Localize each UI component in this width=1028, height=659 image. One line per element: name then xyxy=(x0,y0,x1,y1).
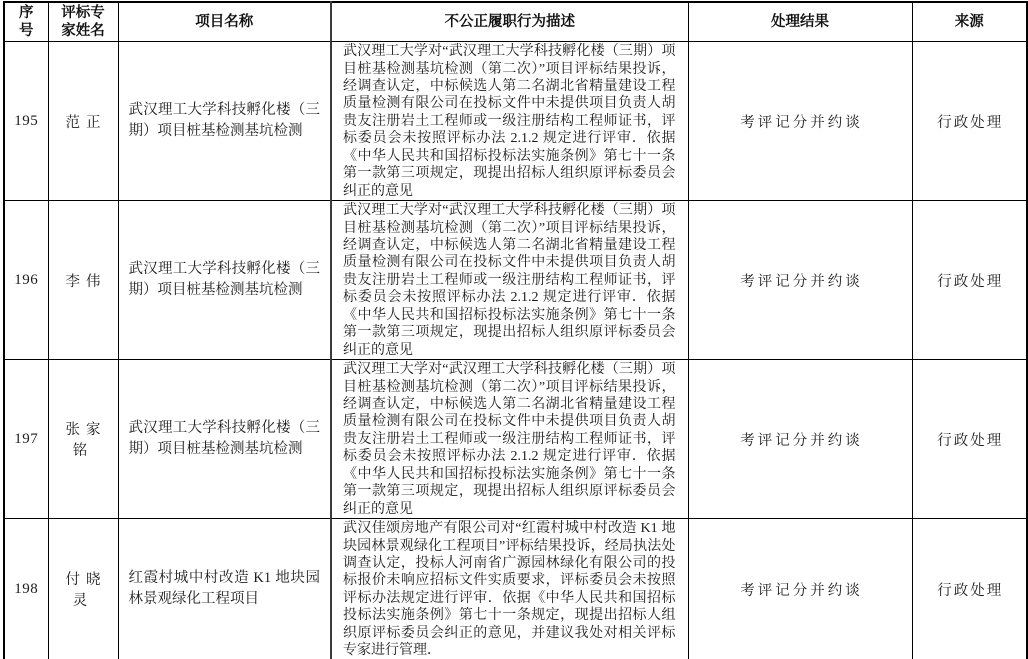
cell-description: 武汉理工大学对“武汉理工大学科技孵化楼（三期）项目桩基检测基坑检测（第二次）”项… xyxy=(331,360,688,519)
cell-project: 武汉理工大学科技孵化楼（三期）项目桩基检测基坑检测 xyxy=(118,201,331,360)
table-row: 197 张家铭 武汉理工大学科技孵化楼（三期）项目桩基检测基坑检测 武汉理工大学… xyxy=(4,360,1027,519)
cell-source: 行政处理 xyxy=(912,201,1027,360)
cell-expert-name: 张家铭 xyxy=(48,360,118,519)
cell-description: 武汉佳颂房地产有限公司对“红霞村城中村改造 K1 地块园林景观绿化工程项目”评标… xyxy=(331,519,688,659)
cell-result: 考评记分并约谈 xyxy=(688,360,912,519)
cell-expert-name: 范正 xyxy=(48,42,118,201)
header-cell-description: 不公正履职行为描述 xyxy=(331,2,688,42)
cell-no: 197 xyxy=(4,360,48,519)
cell-result: 考评记分并约谈 xyxy=(688,519,912,659)
table-row: 198 付晓灵 红霞村城中村改造 K1 地块园林景观绿化工程项目 武汉佳颂房地产… xyxy=(4,519,1027,659)
misconduct-records-table: 序号 评标专家姓名 项目名称 不公正履职行为描述 处理结果 来源 195 范正 … xyxy=(3,1,1028,659)
header-cell-expert-name: 评标专家姓名 xyxy=(48,2,118,42)
cell-description: 武汉理工大学对“武汉理工大学科技孵化楼（三期）项目桩基检测基坑检测（第二次）”项… xyxy=(331,42,688,201)
header-cell-source: 来源 xyxy=(912,2,1027,42)
cell-result: 考评记分并约谈 xyxy=(688,42,912,201)
cell-source: 行政处理 xyxy=(912,42,1027,201)
cell-project: 武汉理工大学科技孵化楼（三期）项目桩基检测基坑检测 xyxy=(118,42,331,201)
cell-project: 红霞村城中村改造 K1 地块园林景观绿化工程项目 xyxy=(118,519,331,659)
cell-expert-name: 付晓灵 xyxy=(48,519,118,659)
cell-no: 198 xyxy=(4,519,48,659)
header-cell-project: 项目名称 xyxy=(118,2,331,42)
cell-no: 195 xyxy=(4,42,48,201)
cell-source: 行政处理 xyxy=(912,519,1027,659)
cell-description: 武汉理工大学对“武汉理工大学科技孵化楼（三期）项目桩基检测基坑检测（第二次）”项… xyxy=(331,201,688,360)
cell-no: 196 xyxy=(4,201,48,360)
cell-result: 考评记分并约谈 xyxy=(688,201,912,360)
document-page: 序号 评标专家姓名 项目名称 不公正履职行为描述 处理结果 来源 195 范正 … xyxy=(0,0,1028,659)
cell-source: 行政处理 xyxy=(912,360,1027,519)
table-row: 195 范正 武汉理工大学科技孵化楼（三期）项目桩基检测基坑检测 武汉理工大学对… xyxy=(4,42,1027,201)
header-cell-no: 序号 xyxy=(4,2,48,42)
table-header-row: 序号 评标专家姓名 项目名称 不公正履职行为描述 处理结果 来源 xyxy=(4,2,1027,42)
header-cell-result: 处理结果 xyxy=(688,2,912,42)
cell-project: 武汉理工大学科技孵化楼（三期）项目桩基检测基坑检测 xyxy=(118,360,331,519)
cell-expert-name: 李伟 xyxy=(48,201,118,360)
table-row: 196 李伟 武汉理工大学科技孵化楼（三期）项目桩基检测基坑检测 武汉理工大学对… xyxy=(4,201,1027,360)
